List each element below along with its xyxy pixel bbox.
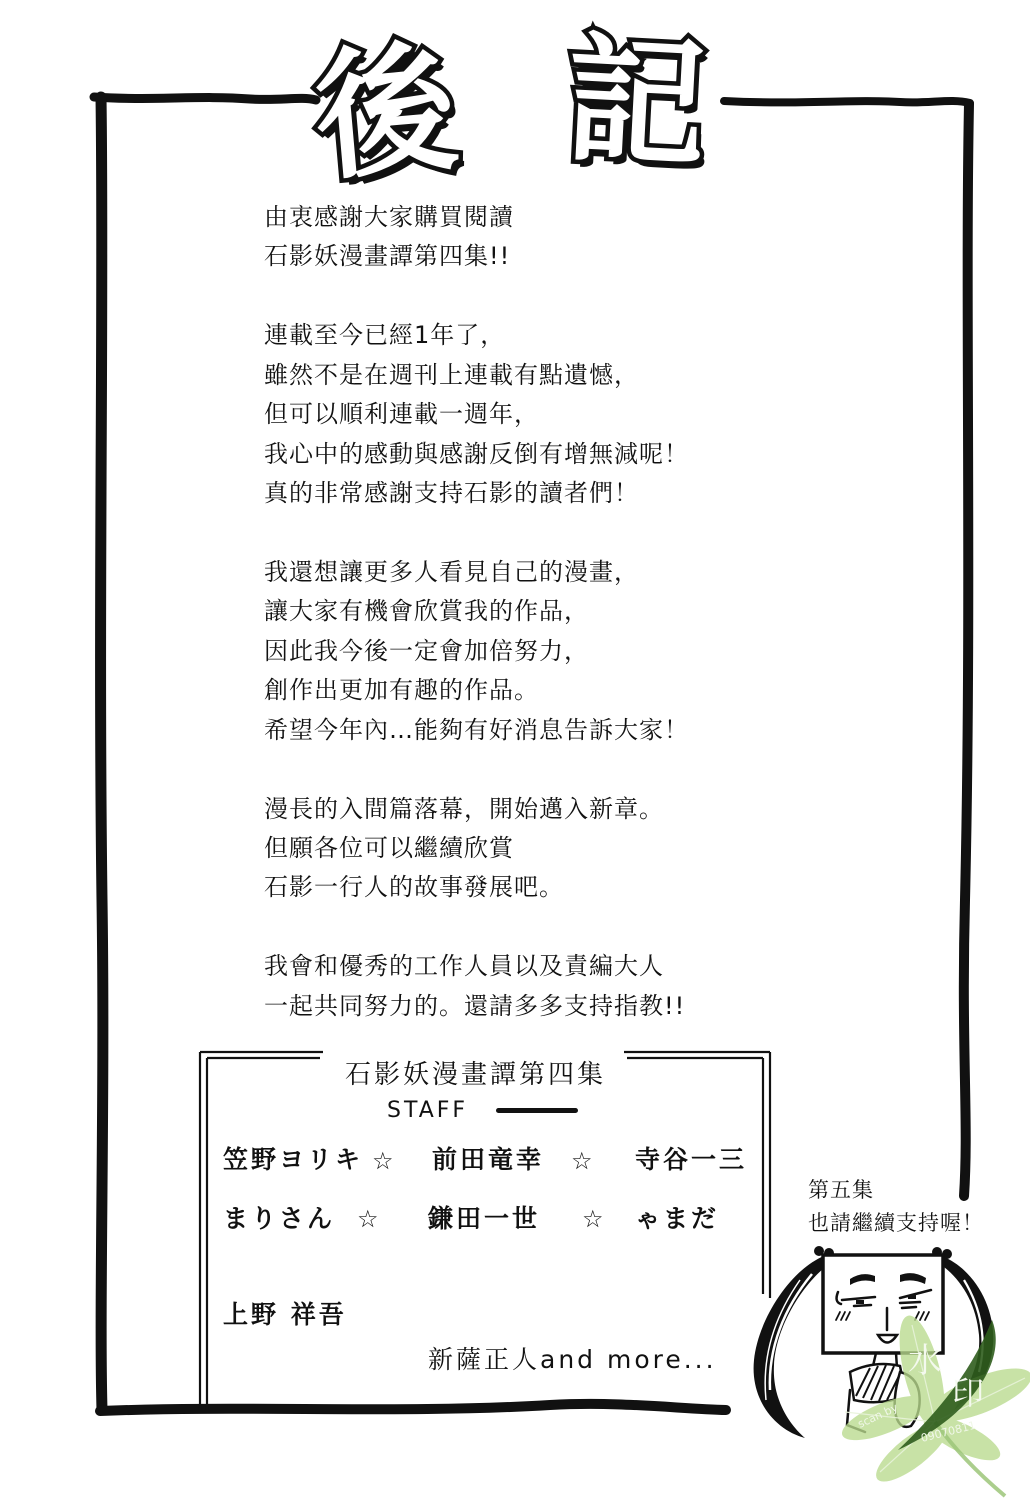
text-line: 我會和優秀的工作人員以及責編大人 bbox=[264, 947, 724, 986]
staff-name: まりさん bbox=[223, 1204, 335, 1234]
watermark-char: 水 bbox=[908, 1341, 942, 1381]
staff-name: 寺谷一三 bbox=[635, 1145, 747, 1175]
watermark-leaf-icon: 水 印 scan by 09070811 bbox=[840, 1300, 1030, 1500]
text-line: 因此我今後一定會加倍努力， bbox=[264, 632, 724, 671]
paragraph-new-arc: 漫長的入間篇落幕，開始邁入新章。 但願各位可以繼續欣賞 石影一行人的故事發展吧。 bbox=[264, 790, 724, 908]
title-char-2: 記 bbox=[562, 30, 709, 177]
text-line: 一起共同努力的。還請多多支持指教!! bbox=[264, 987, 724, 1026]
staff-label: STAFF bbox=[387, 1097, 468, 1125]
paragraph-serialization: 連載至今已經1年了， 雖然不是在週刊上連載有點遺憾， 但可以順利連載一週年， 我… bbox=[264, 316, 724, 513]
staff-label-rule bbox=[496, 1108, 578, 1113]
text-line: 石影一行人的故事發展吧。 bbox=[264, 868, 724, 907]
frame-left-line bbox=[101, 97, 103, 1410]
staff-name: 笠野ヨリキ bbox=[223, 1145, 363, 1175]
paragraph-thanks: 由衷感謝大家購買閱讀 石影妖漫畫譚第四集!! bbox=[264, 198, 724, 277]
star-doodle-icon: ☆ bbox=[357, 1204, 379, 1234]
star-doodle-icon: ☆ bbox=[372, 1146, 394, 1176]
watermark-char: 印 bbox=[952, 1374, 984, 1412]
staff-name: 鎌田一世 bbox=[428, 1204, 540, 1234]
text-line: 真的非常感謝支持石影的讀者們！ bbox=[264, 474, 724, 513]
title-char-1: 後 bbox=[310, 38, 462, 190]
star-doodle-icon: ☆ bbox=[571, 1146, 593, 1176]
frame-bottom-line bbox=[100, 1404, 726, 1411]
text-line: 希望今年內…能夠有好消息告訴大家！ bbox=[264, 711, 724, 750]
staff-name-and-more: 新薩正人and more... bbox=[428, 1345, 717, 1375]
star-doodle-icon: ☆ bbox=[582, 1204, 604, 1234]
text-line: 由衷感謝大家購買閱讀 bbox=[264, 198, 724, 237]
text-line: 但可以順利連載一週年， bbox=[264, 395, 724, 434]
text-line: 石影妖漫畫譚第四集!! bbox=[264, 237, 724, 276]
text-line: 漫長的入間篇落幕，開始邁入新章。 bbox=[264, 790, 724, 829]
text-line: 但願各位可以繼續欣賞 bbox=[264, 829, 724, 868]
staff-name: ゃまだ bbox=[635, 1204, 719, 1234]
frame-top-right-line bbox=[724, 101, 970, 103]
text-line: 讓大家有機會欣賞我的作品， bbox=[264, 592, 724, 631]
side-note-line: 第五集 bbox=[808, 1177, 874, 1203]
text-line: 連載至今已經1年了， bbox=[264, 316, 724, 355]
left-twintail bbox=[754, 1256, 832, 1438]
text-line: 我心中的感動與感謝反倒有增無減呢！ bbox=[264, 435, 724, 474]
afterword-body: 由衷感謝大家購買閱讀 石影妖漫畫譚第四集!! 連載至今已經1年了， 雖然不是在週… bbox=[264, 198, 724, 1066]
paragraph-goals: 我還想讓更多人看見自己的漫畫， 讓大家有機會欣賞我的作品， 因此我今後一定會加倍… bbox=[264, 553, 724, 750]
side-note-line: 也請繼續支持喔！ bbox=[808, 1210, 984, 1236]
text-line: 雖然不是在週刊上連載有點遺憾， bbox=[264, 356, 724, 395]
frame-right-line bbox=[964, 104, 969, 1196]
staff-series-title: 石影妖漫畫譚第四集 bbox=[345, 1060, 606, 1090]
frame-top-left-line bbox=[94, 97, 316, 100]
staff-name: 前田竜幸 bbox=[432, 1145, 544, 1175]
text-line: 我還想讓更多人看見自己的漫畫， bbox=[264, 553, 724, 592]
text-line: 創作出更加有趣的作品。 bbox=[264, 671, 724, 710]
staff-name: 上野 祥吾 bbox=[223, 1300, 347, 1330]
paragraph-closing: 我會和優秀的工作人員以及責編大人 一起共同努力的。還請多多支持指教!! bbox=[264, 947, 724, 1026]
